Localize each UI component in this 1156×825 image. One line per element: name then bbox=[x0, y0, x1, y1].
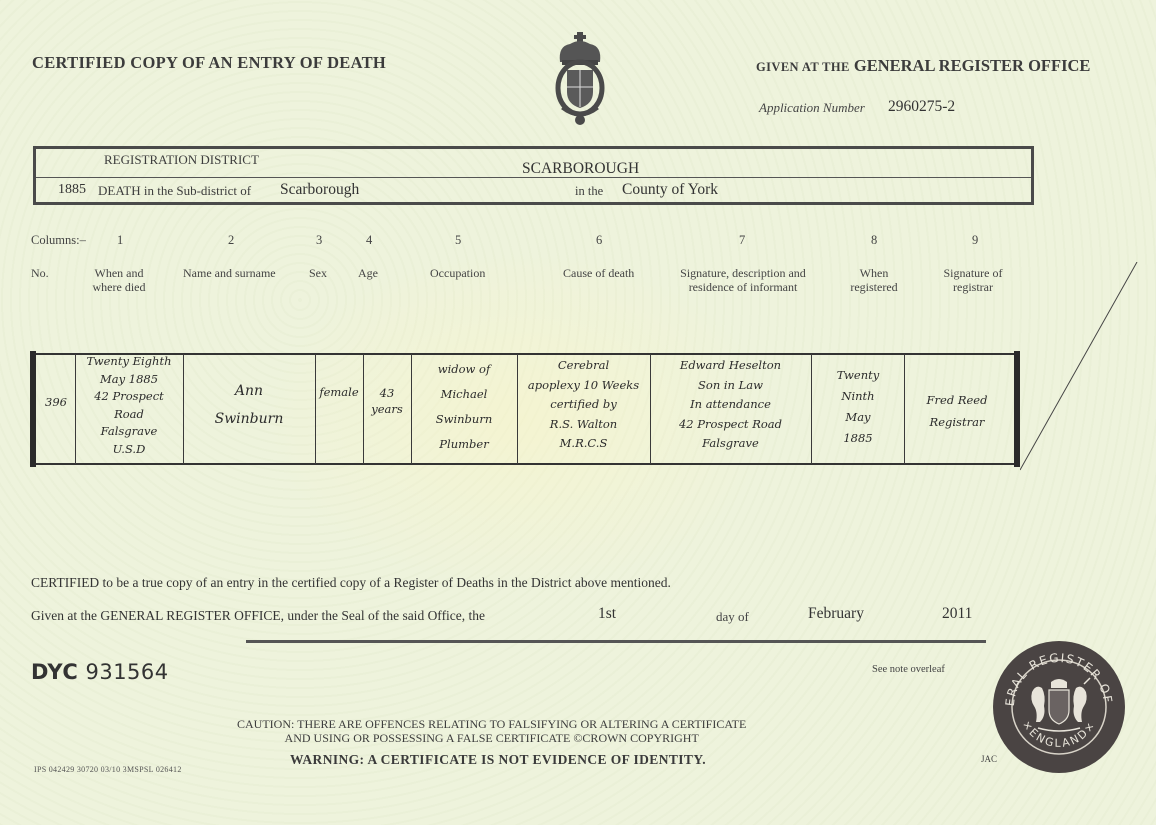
registration-year: 1885 bbox=[58, 182, 86, 198]
general-register-office-seal-icon: GENERAL REGISTER OFFICE ×ENGLAND× bbox=[992, 640, 1126, 774]
column-number-9: 9 bbox=[972, 233, 978, 248]
entry-border-left bbox=[30, 351, 36, 467]
column-number-7: 7 bbox=[739, 233, 745, 248]
when-where-line: Falsgrave bbox=[76, 423, 182, 441]
given-day: 1st bbox=[598, 605, 616, 623]
caution-line-2: AND USING OR POSSESSING A FALSE CERTIFIC… bbox=[237, 731, 746, 745]
cause-line: certified by bbox=[518, 395, 649, 415]
certified-statement: CERTIFIED to be a true copy of an entry … bbox=[31, 575, 671, 591]
when-where-line: Road bbox=[76, 406, 182, 424]
column-number-3: 3 bbox=[316, 233, 322, 248]
given-month: February bbox=[808, 605, 864, 623]
name-line: Swinburn bbox=[184, 405, 314, 433]
entry-number: 396 bbox=[38, 393, 74, 411]
column-header-when-registered: When registered bbox=[848, 266, 900, 294]
cause-line: Cerebral bbox=[518, 356, 649, 376]
caution-line-1: CAUTION: THERE ARE OFFENCES RELATING TO … bbox=[237, 717, 746, 731]
subdistrict-value: Scarborough bbox=[280, 181, 359, 199]
see-note-overleaf: See note overleaf bbox=[872, 664, 945, 675]
given-statement: Given at the GENERAL REGISTER OFFICE, un… bbox=[31, 608, 485, 624]
given-year: 2011 bbox=[942, 605, 972, 623]
when-where-line: U.S.D bbox=[76, 441, 182, 459]
columns-label: Columns:– bbox=[31, 233, 86, 248]
informant-line: Son in Law bbox=[651, 376, 810, 396]
application-number-label: Application Number bbox=[759, 100, 865, 116]
day-of-label: day of bbox=[716, 609, 749, 625]
death-entry-row: 396 Twenty Eighth May 1885 42 Prospect R… bbox=[30, 351, 1020, 467]
entry-cause-of-death: Cerebral apoplexy 10 Weeks certified by … bbox=[518, 356, 649, 454]
column-number-6: 6 bbox=[596, 233, 602, 248]
county-label: in the bbox=[575, 184, 603, 199]
column-header-age: Age bbox=[358, 266, 378, 280]
age-line: 43 bbox=[364, 385, 410, 401]
informant-line: Edward Heselton bbox=[651, 356, 810, 376]
column-number-2: 2 bbox=[228, 233, 234, 248]
occupation-line: Michael bbox=[412, 382, 516, 407]
entry-registrar-signature: Fred Reed Registrar bbox=[905, 389, 1009, 433]
age-line: years bbox=[364, 401, 410, 417]
column-header-registrar: Signature of registrar bbox=[940, 266, 1006, 294]
given-at-prefix: GIVEN AT THE bbox=[756, 60, 850, 74]
occupation-line: Swinburn bbox=[412, 407, 516, 432]
informant-line: Falsgrave bbox=[651, 434, 810, 454]
column-header-name: Name and surname bbox=[183, 266, 276, 280]
column-header-cause: Cause of death bbox=[563, 266, 634, 280]
informant-line: 42 Prospect Road bbox=[651, 415, 810, 435]
when-registered-line: 1885 bbox=[812, 428, 904, 449]
entry-when-registered: Twenty Ninth May 1885 bbox=[812, 365, 904, 449]
certificate-title: CERTIFIED COPY OF AN ENTRY OF DEATH bbox=[32, 53, 386, 73]
registrar-line: Fred Reed bbox=[905, 389, 1009, 411]
column-number-8: 8 bbox=[871, 233, 877, 248]
print-code: IPS 042429 30720 03/10 3MSPSL 026412 bbox=[34, 765, 182, 774]
entry-sex: female bbox=[316, 383, 362, 401]
given-at-heading: GIVEN AT THE GENERAL REGISTER OFFICE bbox=[756, 56, 1090, 76]
informant-line: In attendance bbox=[651, 395, 810, 415]
when-registered-line: May bbox=[812, 407, 904, 428]
entry-name: Ann Swinburn bbox=[184, 377, 314, 433]
serial-number: 931564 bbox=[85, 660, 168, 684]
cause-line: apoplexy 10 Weeks bbox=[518, 376, 649, 396]
certificate-serial: DYC 931564 bbox=[31, 660, 169, 684]
subdistrict-label: DEATH in the Sub-district of bbox=[98, 183, 251, 199]
when-registered-line: Twenty bbox=[812, 365, 904, 386]
entry-occupation: widow of Michael Swinburn Plumber bbox=[412, 357, 516, 457]
occupation-line: widow of bbox=[412, 357, 516, 382]
column-header-no: No. bbox=[31, 266, 49, 280]
entry-age: 43 years bbox=[364, 385, 410, 417]
registrar-line: Registrar bbox=[905, 411, 1009, 433]
column-header-sex: Sex bbox=[309, 266, 327, 280]
county-value: County of York bbox=[622, 181, 718, 199]
column-header-occupation: Occupation bbox=[430, 266, 485, 280]
column-divider bbox=[315, 354, 316, 464]
name-line: Ann bbox=[184, 377, 314, 405]
cause-line: M.R.C.S bbox=[518, 434, 649, 454]
cause-line: R.S. Walton bbox=[518, 415, 649, 435]
application-number: 2960275-2 bbox=[888, 98, 955, 116]
entry-informant: Edward Heselton Son in Law In attendance… bbox=[651, 356, 810, 454]
royal-crest-icon bbox=[550, 32, 610, 127]
cancellation-diagonal-line bbox=[1020, 262, 1140, 472]
caution-notice: CAUTION: THERE ARE OFFENCES RELATING TO … bbox=[237, 717, 746, 745]
column-number-4: 4 bbox=[366, 233, 372, 248]
when-where-line: 42 Prospect bbox=[76, 388, 182, 406]
column-header-informant: Signature, description and residence of … bbox=[676, 266, 810, 294]
column-header-when-where: When and where died bbox=[88, 266, 150, 294]
column-number-1: 1 bbox=[117, 233, 123, 248]
signature-line bbox=[246, 640, 986, 643]
registration-district-value: SCARBOROUGH bbox=[522, 160, 639, 178]
when-where-line: Twenty Eighth bbox=[76, 353, 182, 371]
when-registered-line: Ninth bbox=[812, 386, 904, 407]
serial-prefix: DYC bbox=[31, 660, 78, 684]
column-number-5: 5 bbox=[455, 233, 461, 248]
identity-warning: WARNING: A CERTIFICATE IS NOT EVIDENCE O… bbox=[290, 752, 706, 768]
occupation-line: Plumber bbox=[412, 432, 516, 457]
entry-when-where: Twenty Eighth May 1885 42 Prospect Road … bbox=[76, 353, 182, 458]
when-where-line: May 1885 bbox=[76, 371, 182, 389]
given-at-office: GENERAL REGISTER OFFICE bbox=[854, 56, 1091, 75]
registration-district-label: REGISTRATION DISTRICT bbox=[104, 152, 259, 168]
